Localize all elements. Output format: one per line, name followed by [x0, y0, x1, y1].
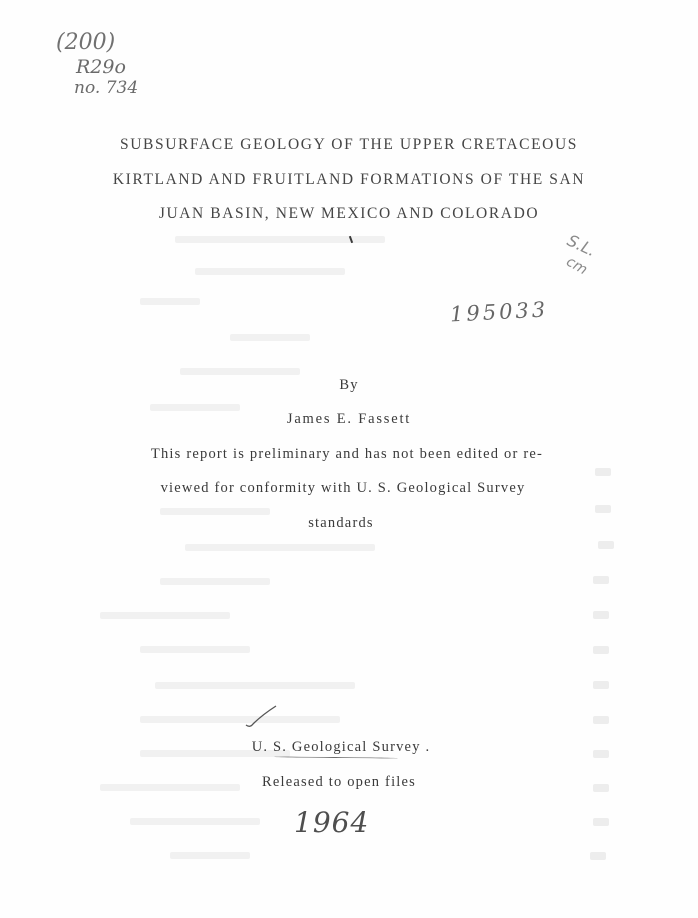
handwritten-year: 1964 [294, 806, 369, 839]
checkmark-icon [244, 704, 278, 730]
disclaimer-line-1: This report is preliminary and has not b… [0, 445, 696, 463]
disclaimer-line-2: viewed for conformity with U. S. Geologi… [0, 479, 692, 497]
title-line-1: SUBSURFACE GEOLOGY OF THE UPPER CRETACEO… [0, 136, 698, 154]
publisher-name: U. S. Geological Survey . [0, 738, 690, 756]
handwritten-note-line-3: no. 734 [74, 78, 138, 98]
title-line-3: JUAN BASIN, NEW MEXICO AND COLORADO [0, 205, 698, 223]
document-page: (200) R29o no. 734 SUBSURFACE GEOLOGY OF… [0, 0, 698, 918]
release-note: Released to open files [0, 773, 688, 791]
byline-label: By [0, 376, 698, 394]
title-line-2: KIRTLAND AND FRUITLAND FORMATIONS OF THE… [0, 171, 698, 189]
handwritten-note-line-2: R29o [76, 56, 126, 78]
handwritten-note-line-1: (200) [56, 30, 115, 55]
author-name: James E. Fassett [0, 410, 698, 428]
disclaimer-line-3: standards [0, 514, 690, 532]
handwritten-accession-number: 195033 [449, 297, 548, 326]
handwritten-underline [274, 756, 398, 758]
